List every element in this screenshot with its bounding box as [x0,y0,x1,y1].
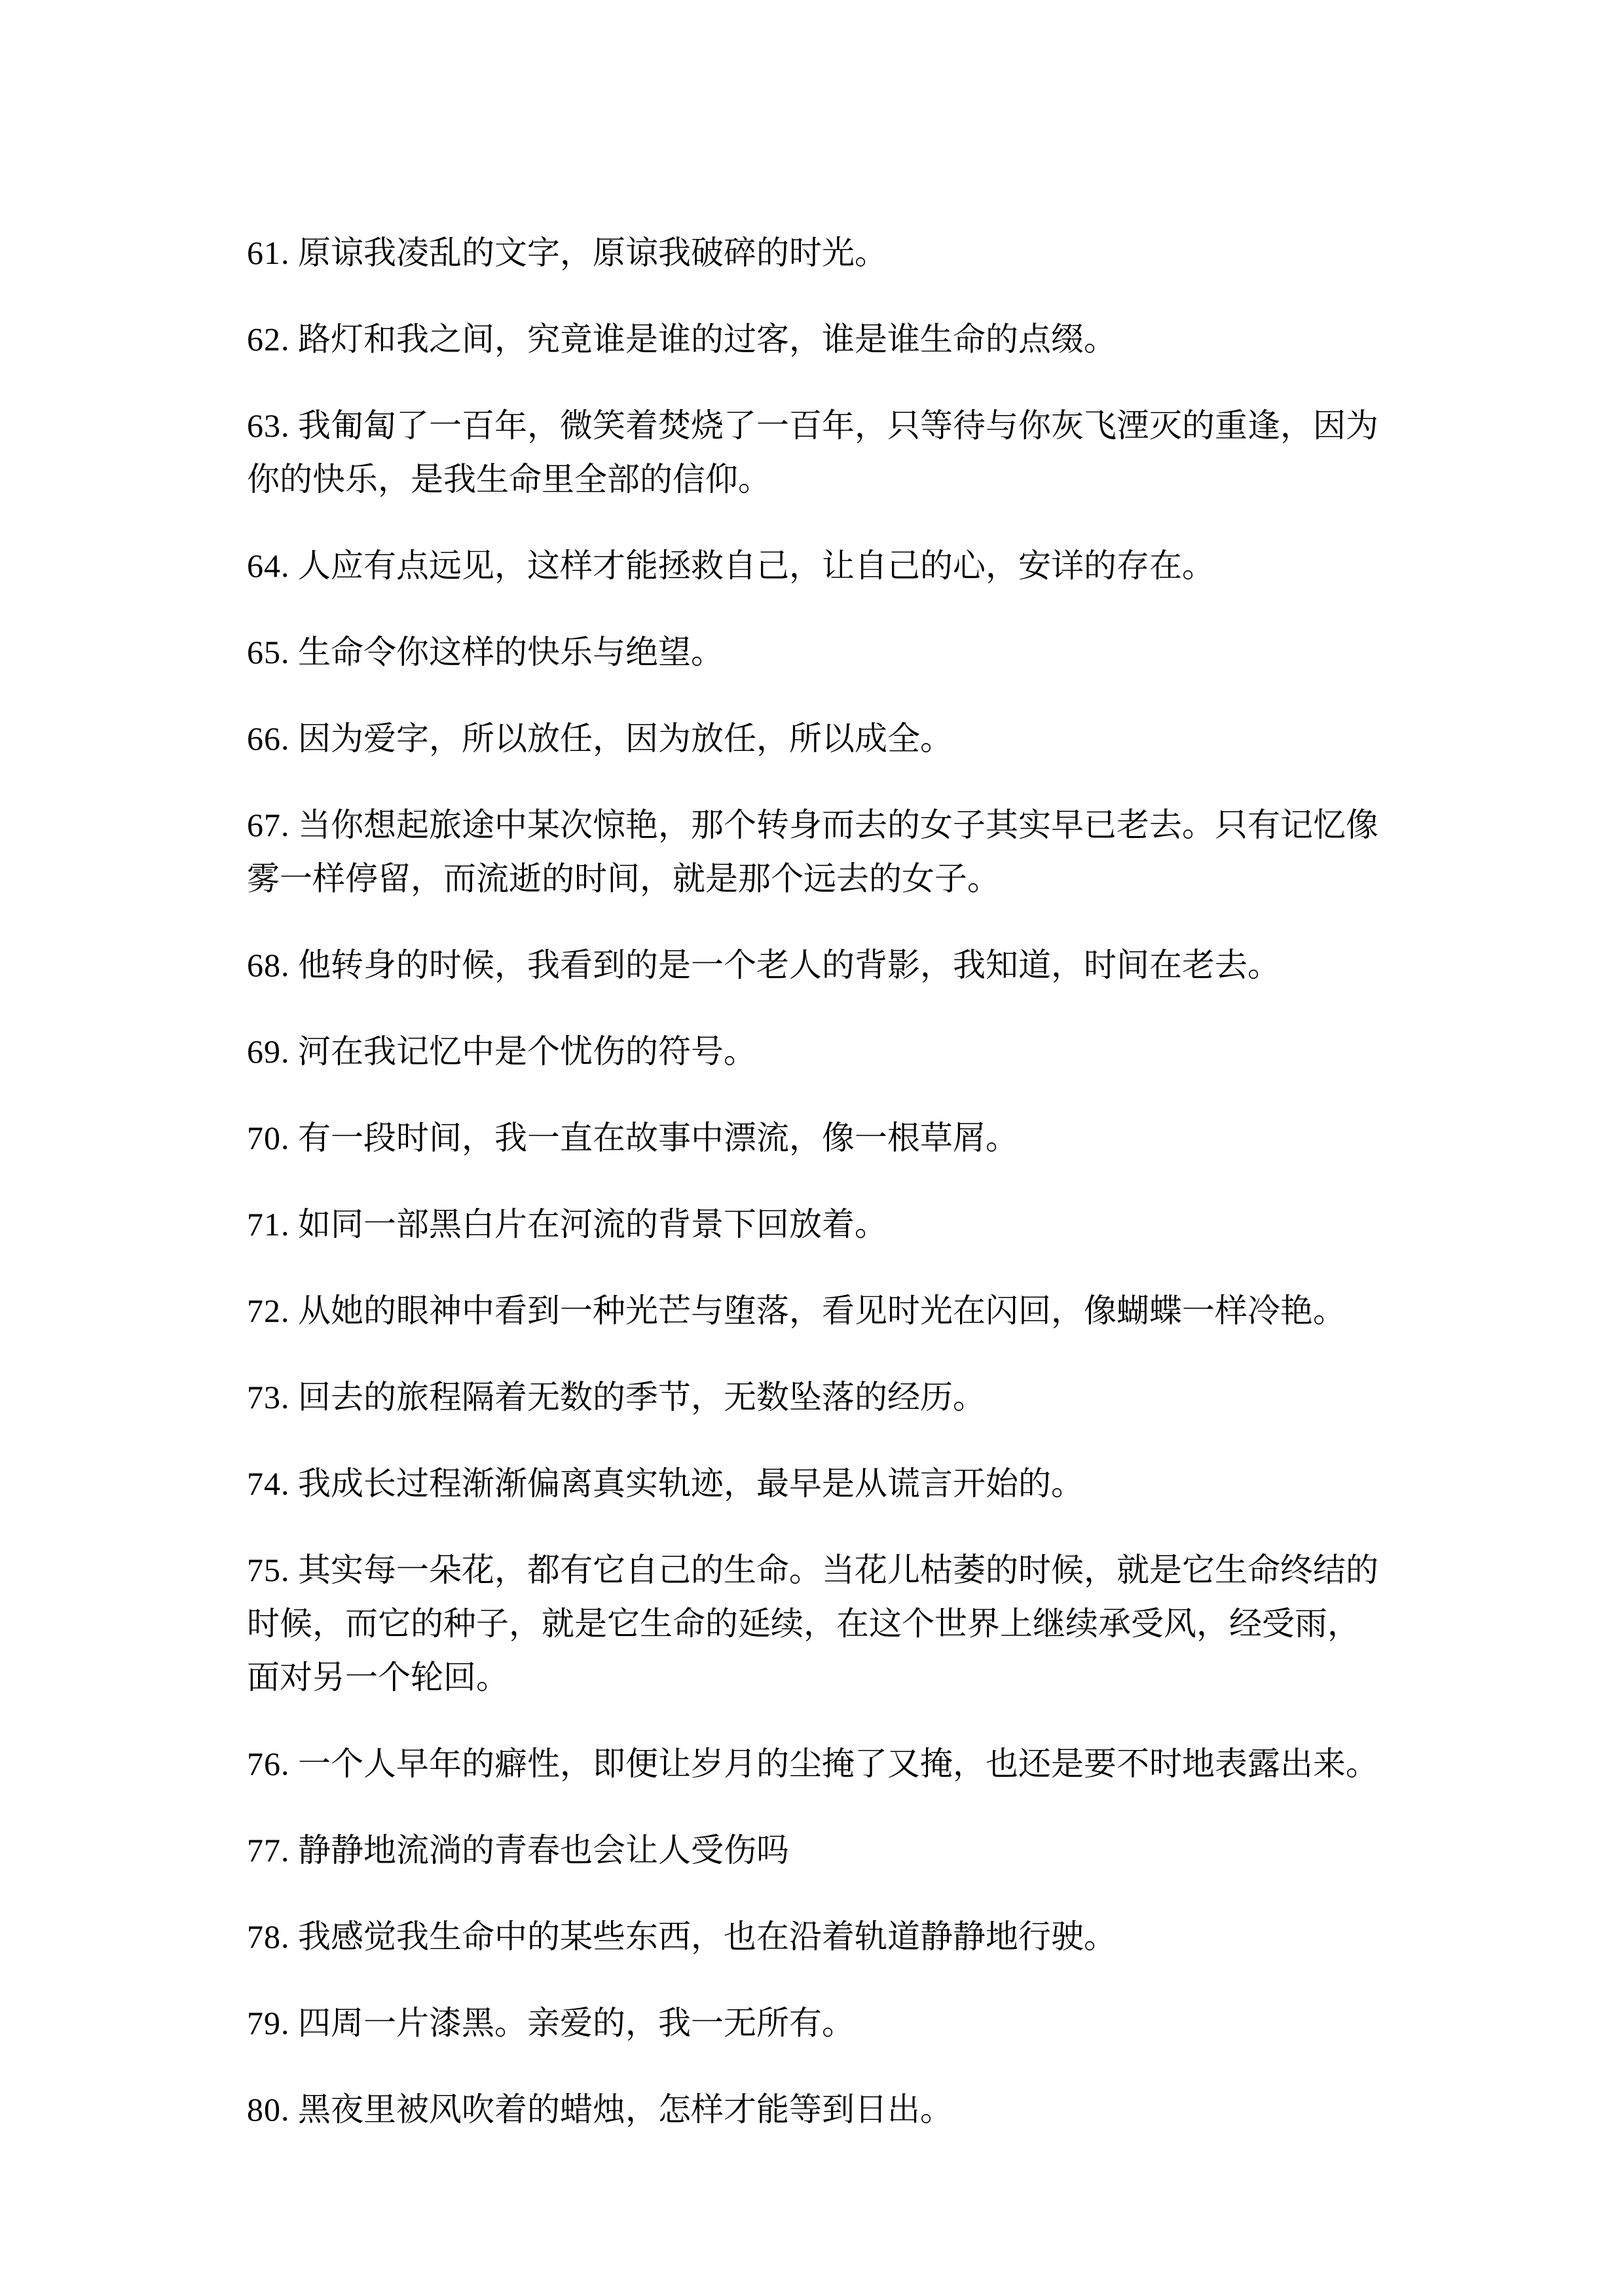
quote-number: 79. [247,2005,290,2041]
quote-text: 原谅我凌乱的文字，原谅我破碎的时光。 [290,234,888,271]
quote-number: 80. [247,2091,290,2128]
quote-text: 如同一部黑白片在河流的背景下回放着。 [290,1206,888,1243]
quote-item: 76. 一个人早年的癖性，即便让岁月的尘掩了又掩，也还是要不时地表露出来。 [247,1737,1452,1791]
quote-number: 62. [247,321,290,357]
quote-item: 63. 我匍匐了一百年，微笑着焚烧了一百年，只等待与你灰飞湮灭的重逢，因为 你的… [247,399,1452,506]
quote-item: 75. 其实每一朵花，都有它自己的生命。当花儿枯萎的时候，就是它生命终结的 时候… [247,1543,1452,1704]
quote-item: 80. 黑夜里被风吹着的蜡烛，怎样才能等到日出。 [247,2083,1452,2136]
quote-item: 66. 因为爱字，所以放任，因为放任，所以成全。 [247,712,1452,765]
quote-text: 静静地流淌的青春也会让人受伤吗 [290,1832,790,1868]
quote-item: 67. 当你想起旅途中某次惊艳，那个转身而去的女子其实早已老去。只有记忆像 雾一… [247,798,1452,905]
quote-text: 其实每一朵花，都有它自己的生命。当花儿枯萎的时候，就是它生命终结的 时候，而它的… [247,1552,1378,1696]
quote-number: 63. [247,407,290,444]
quote-text: 因为爱字，所以放任，因为放任，所以成全。 [290,720,953,757]
quote-item: 68. 他转身的时候，我看到的是一个老人的背影，我知道，时间在老去。 [247,938,1452,992]
quote-text: 从她的眼神中看到一种光芒与堕落，看见时光在闪回，像蝴蝶一样冷艳。 [290,1292,1346,1329]
quote-text: 他转身的时候，我看到的是一个老人的背影，我知道，时间在老去。 [290,947,1281,983]
quote-number: 67. [247,807,290,843]
quote-item: 78. 我感觉我生命中的某些东西，也在沿着轨道静静地行驶。 [247,1910,1452,1963]
quote-item: 61. 原谅我凌乱的文字，原谅我破碎的时光。 [247,226,1452,280]
quote-text: 我匍匐了一百年，微笑着焚烧了一百年，只等待与你灰飞湮灭的重逢，因为 你的快乐，是… [247,407,1378,498]
quote-item: 77. 静静地流淌的青春也会让人受伤吗 [247,1823,1452,1877]
quote-number: 77. [247,1832,290,1868]
quote-number: 76. [247,1745,290,1782]
document-page: 61. 原谅我凌乱的文字，原谅我破碎的时光。 62. 路灯和我之间，究竟谁是谁的… [0,0,1624,2296]
quote-item: 64. 人应有点远见，这样才能拯救自己，让自己的心，安详的存在。 [247,539,1452,592]
quote-number: 70. [247,1120,290,1156]
quote-text: 四周一片漆黑。亲爱的，我一无所有。 [290,2005,855,2041]
quote-text: 有一段时间，我一直在故事中漂流，像一根草屑。 [290,1120,1019,1156]
quote-number: 74. [247,1465,290,1502]
quote-item: 65. 生命令你这样的快乐与绝望。 [247,625,1452,679]
quote-number: 61. [247,234,290,271]
quote-item: 72. 从她的眼神中看到一种光芒与堕落，看见时光在闪回，像蝴蝶一样冷艳。 [247,1284,1452,1338]
quote-number: 72. [247,1292,290,1329]
quote-item: 73. 回去的旅程隔着无数的季节，无数坠落的经历。 [247,1370,1452,1424]
quote-number: 66. [247,720,290,757]
quote-number: 69. [247,1033,290,1070]
quote-list: 61. 原谅我凌乱的文字，原谅我破碎的时光。 62. 路灯和我之间，究竟谁是谁的… [247,226,1452,2136]
quote-item: 79. 四周一片漆黑。亲爱的，我一无所有。 [247,1996,1452,2050]
quote-item: 62. 路灯和我之间，究竟谁是谁的过客，谁是谁生命的点缀。 [247,312,1452,366]
quote-number: 71. [247,1206,290,1243]
quote-item: 71. 如同一部黑白片在河流的背景下回放着。 [247,1197,1452,1251]
quote-number: 78. [247,1918,290,1955]
quote-number: 75. [247,1552,290,1588]
quote-number: 65. [247,634,290,670]
quote-text: 河在我记忆中是个忧伤的符号。 [290,1033,757,1070]
quote-number: 68. [247,947,290,983]
quote-text: 生命令你这样的快乐与绝望。 [290,634,724,670]
quote-text: 当你想起旅途中某次惊艳，那个转身而去的女子其实早已老去。只有记忆像 雾一样停留，… [247,807,1378,897]
quote-text: 回去的旅程隔着无数的季节，无数坠落的经历。 [290,1379,986,1415]
quote-text: 人应有点远见，这样才能拯救自己，让自己的心，安详的存在。 [290,547,1215,584]
quote-item: 74. 我成长过程渐渐偏离真实轨迹，最早是从谎言开始的。 [247,1457,1452,1510]
quote-number: 73. [247,1379,290,1415]
quote-number: 64. [247,547,290,584]
quote-text: 一个人早年的癖性，即便让岁月的尘掩了又掩，也还是要不时地表露出来。 [290,1745,1379,1782]
quote-item: 70. 有一段时间，我一直在故事中漂流，像一根草屑。 [247,1111,1452,1165]
quote-item: 69. 河在我记忆中是个忧伤的符号。 [247,1025,1452,1078]
quote-text: 我成长过程渐渐偏离真实轨迹，最早是从谎言开始的。 [290,1465,1084,1502]
quote-text: 黑夜里被风吹着的蜡烛，怎样才能等到日出。 [290,2091,953,2128]
quote-text: 我感觉我生命中的某些东西，也在沿着轨道静静地行驶。 [290,1918,1117,1955]
quote-text: 路灯和我之间，究竟谁是谁的过客，谁是谁生命的点缀。 [290,321,1117,357]
